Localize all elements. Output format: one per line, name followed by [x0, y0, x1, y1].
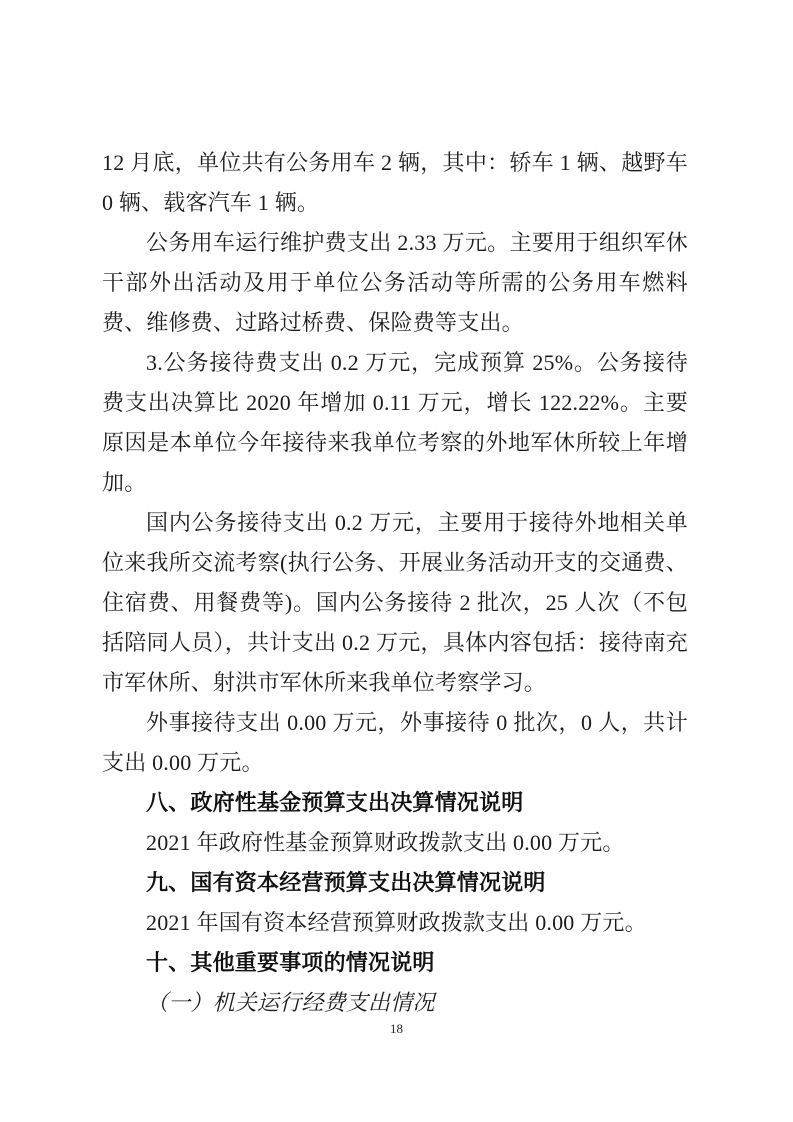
body-paragraph-reception-expense: 3.公务接待费支出 0.2 万元，完成预算 25%。公务接待费支出决算比 202… — [102, 343, 688, 503]
page-number: 18 — [0, 1020, 793, 1038]
section-heading-10: 十、其他重要事项的情况说明 — [102, 943, 688, 983]
section-heading-8: 八、政府性基金预算支出决算情况说明 — [102, 783, 688, 823]
body-paragraph-foreign-reception: 外事接待支出 0.00 万元，外事接待 0 批次，0 人，共计支出 0.00 万… — [102, 703, 688, 783]
subsection-heading-operating-expense: （一）机关运行经费支出情况 — [102, 983, 688, 1023]
document-page: 12 月底，单位共有公务用车 2 辆，其中：轿车 1 辆、越野车 0 辆、载客汽… — [0, 0, 793, 1122]
body-paragraph-gov-fund: 2021 年政府性基金预算财政拨款支出 0.00 万元。 — [102, 823, 688, 863]
body-paragraph-domestic-reception: 国内公务接待支出 0.2 万元，主要用于接待外地相关单位来我所交流考察(执行公务… — [102, 503, 688, 703]
body-paragraph-vehicle-count: 12 月底，单位共有公务用车 2 辆，其中：轿车 1 辆、越野车 0 辆、载客汽… — [102, 143, 688, 223]
section-heading-9: 九、国有资本经营预算支出决算情况说明 — [102, 863, 688, 903]
document-body: 12 月底，单位共有公务用车 2 辆，其中：轿车 1 辆、越野车 0 辆、载客汽… — [102, 143, 688, 1023]
body-paragraph-state-capital: 2021 年国有资本经营预算财政拨款支出 0.00 万元。 — [102, 903, 688, 943]
body-paragraph-vehicle-maintenance: 公务用车运行维护费支出 2.33 万元。主要用于组织军休干部外出活动及用于单位公… — [102, 223, 688, 343]
